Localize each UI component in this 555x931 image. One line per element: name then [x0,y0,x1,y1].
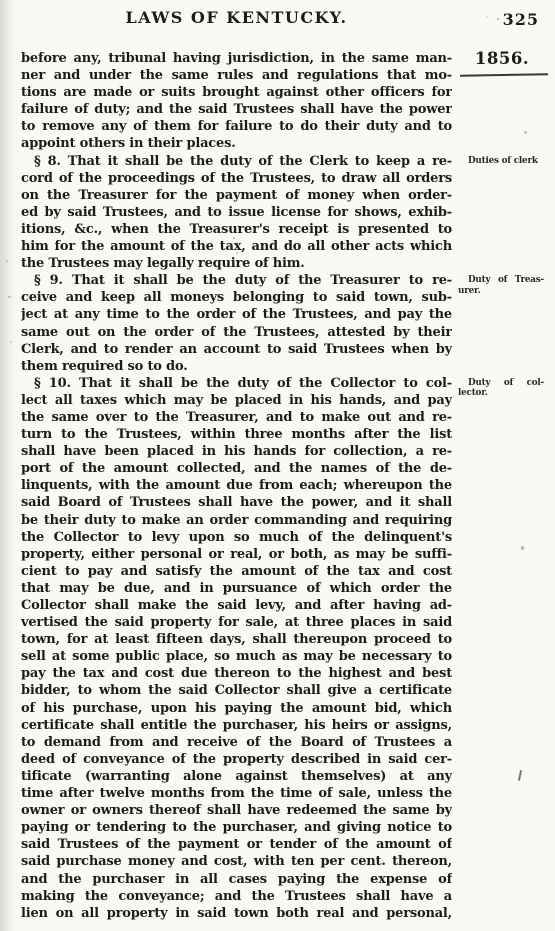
text-line: making the conveyance; and the Trustees … [21,888,452,905]
margin-note-line: Duty of col- [458,378,544,389]
paragraph: § 10. That it shall be the duty of the C… [21,375,452,922]
text-line: before any, tribunal having jurisdiction… [21,50,452,67]
scan-speck [6,260,8,262]
text-line: to remove any of them for failure to do … [21,118,452,135]
scan-mark [518,770,522,781]
paragraph: before any, tribunal having jurisdiction… [21,50,452,153]
text-line: to demand from and receive of the Board … [21,734,452,751]
text-line: § 8. That it shall be the duty of the Cl… [21,153,452,170]
text-line: itions, &c., when the Treasurer's receip… [21,221,452,238]
margin-note-line: Duties of clerk [458,156,544,167]
text-line: tions are made or suits brought against … [21,84,452,101]
text-line: the Trustees may legally require of him. [21,255,452,272]
text-line: that may be due, and in pursuance of whi… [21,580,452,597]
scan-speck [524,131,527,134]
text-line: the same over to the Treasurer, and to m… [21,409,452,426]
text-line: ed by said Trustees, and to issue licens… [21,204,452,221]
text-line: said Board of Trustees shall have the po… [21,494,452,511]
text-line: deed of conveyance of the property descr… [21,751,452,768]
text-line: time after twelve months from the time o… [21,785,452,802]
text-line: Clerk, and to render an account to said … [21,341,452,358]
text-line: bidder, to whom the said Collector shall… [21,682,452,699]
text-line: on the Treasurer for the payment of mone… [21,187,452,204]
margin-note-line: lector. [458,388,544,399]
page-number: 325 [503,10,539,29]
margin-note-line: urer. [458,286,544,297]
text-line: certificate shall entitle the purchaser,… [21,717,452,734]
text-line: property, either personal or real, or bo… [21,546,452,563]
text-line: same out on the order of the Trustees, a… [21,324,452,341]
scan-speck [486,16,488,18]
text-line: ner and under the same rules and regulat… [21,67,452,84]
text-line: ject at any time to the order of the Tru… [21,306,452,323]
text-line: cord of the proceedings of the Trustees,… [21,170,452,187]
margin-note: Duty of Treas-urer. [458,275,544,296]
text-line: sell at some public place, so much as ma… [21,648,452,665]
text-line: him for the amount of the tax, and do al… [21,238,452,255]
margin-note-line: Duty of Treas- [458,275,544,286]
text-line: pay the tax and cost due thereon to the … [21,665,452,682]
text-line: be their duty to make an order commandin… [21,512,452,529]
margin-note: Duties of clerk [458,156,544,167]
text-line: vertised the said property for sale, at … [21,614,452,631]
text-line: failure of duty; and the said Trustees s… [21,101,452,118]
text-line: shall have been placed in his hands for … [21,443,452,460]
text-line: owner or owners thereof shall have redee… [21,802,452,819]
text-line: of his purchase, upon his paying the amo… [21,700,452,717]
text-line: appoint others in their places. [21,135,452,152]
text-line: said Trustees of the payment or tender o… [21,836,452,853]
text-line: Collector shall make the said levy, and … [21,597,452,614]
text-line: lect all taxes which may be placed in hi… [21,392,452,409]
text-line: paying or tendering to the purchaser, an… [21,819,452,836]
scan-speck [497,18,499,20]
paragraph: § 9. That it shall be the duty of the Tr… [21,272,452,375]
text-line: § 10. That it shall be the duty of the C… [21,375,452,392]
text-line: § 9. That it shall be the duty of the Tr… [21,272,452,289]
text-line: linquents, with the amount due from each… [21,477,452,494]
scan-speck [520,546,524,551]
scan-speck [8,296,11,298]
margin-year-rule [460,73,548,77]
text-line: tificate (warranting alone against thems… [21,768,452,785]
text-line: said purchase money and cost, with ten p… [21,853,452,870]
scan-speck [10,341,12,343]
text-line: cient to pay and satisfy the amount of t… [21,563,452,580]
text-line: port of the amount collected, and the na… [21,460,452,477]
text-line: town, for at least fifteen days, shall t… [21,631,452,648]
scan-edge-shadow [0,0,18,931]
running-header-title: LAWS OF KENTUCKY. [21,8,452,27]
text-line: and the purchaser in all cases paying th… [21,871,452,888]
text-line: lien on all property in said town both r… [21,905,452,922]
text-line: them required so to do. [21,358,452,375]
text-line: ceive and keep all moneys belonging to s… [21,289,452,306]
margin-year: 1856. [462,49,542,68]
text-line: the Collector to levy upon so much of th… [21,529,452,546]
scanned-book-page: LAWS OF KENTUCKY. 325 1856. before any, … [0,0,555,931]
margin-note: Duty of col-lector. [458,378,544,399]
body-text-column: before any, tribunal having jurisdiction… [21,50,452,922]
text-line: turn to the Trustees, within three month… [21,426,452,443]
paragraph: § 8. That it shall be the duty of the Cl… [21,153,452,273]
